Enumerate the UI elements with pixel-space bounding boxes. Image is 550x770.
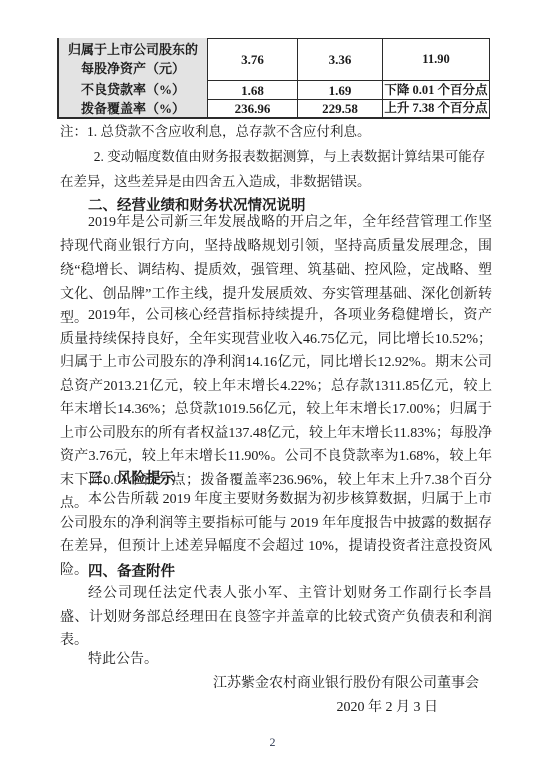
table-cell: 下降 0.01 个百分点	[383, 80, 489, 99]
note-2: 2. 变动幅度数值由财务报表数据测算，与上表数据计算结果可能存在差异，这些差异是…	[60, 144, 492, 194]
table-cell: 1.69	[298, 80, 382, 99]
table-notes: 注：1. 总贷款不含应收利息，总存款不含应付利息。 2. 变动幅度数值由财务报表…	[60, 119, 492, 194]
table-cell: 236.96	[208, 99, 297, 117]
table-cell: 3.36	[298, 39, 382, 80]
note-1: 注：1. 总贷款不含应收利息，总存款不含应付利息。	[60, 119, 492, 144]
signature-board: 江苏紫金农村商业银行股份有限公司董事会	[213, 672, 479, 692]
closing-statement: 特此公告。	[88, 648, 158, 668]
announcement-date: 2020 年 2 月 3 日	[337, 696, 439, 716]
table-label-column: 归属于上市公司股东的 每股净资产（元） 不良贷款率（%） 拨备覆盖率（%）	[59, 38, 207, 117]
label-line-2: 每股净资产（元）	[81, 59, 185, 78]
table-cell: 1.68	[208, 80, 297, 99]
section-heading-risk-warning: 三、风险提示	[60, 467, 492, 488]
paragraph-attachments: 经公司现任法定代表人张小军、主管计划财务工作副行长李昌盛、计划财务部总经理田在良…	[60, 582, 492, 653]
table-row-label-npl-ratio: 不良贷款率（%）	[59, 80, 207, 99]
label-line-1: 归属于上市公司股东的	[68, 40, 198, 59]
table-cell: 3.76	[208, 39, 297, 80]
table-cell: 229.58	[298, 99, 382, 117]
table-column-prior-period: 3.36 1.69 229.58	[297, 38, 382, 117]
table-row-label-provision-coverage: 拨备覆盖率（%）	[59, 99, 207, 117]
table-cell: 11.90	[383, 39, 489, 80]
table-column-current-period: 3.76 1.68 236.96	[207, 38, 297, 117]
table-cell: 上升 7.38 个百分点	[383, 99, 489, 117]
page-number: 2	[0, 735, 545, 750]
table-column-change: 11.90 下降 0.01 个百分点 上升 7.38 个百分点	[382, 38, 489, 117]
financial-table: 归属于上市公司股东的 每股净资产（元） 不良贷款率（%） 拨备覆盖率（%） 3.…	[57, 38, 490, 119]
table-row-label-net-assets-per-share: 归属于上市公司股东的 每股净资产（元）	[59, 38, 207, 80]
section-heading-reference-attachments: 四、备查附件	[60, 560, 492, 581]
